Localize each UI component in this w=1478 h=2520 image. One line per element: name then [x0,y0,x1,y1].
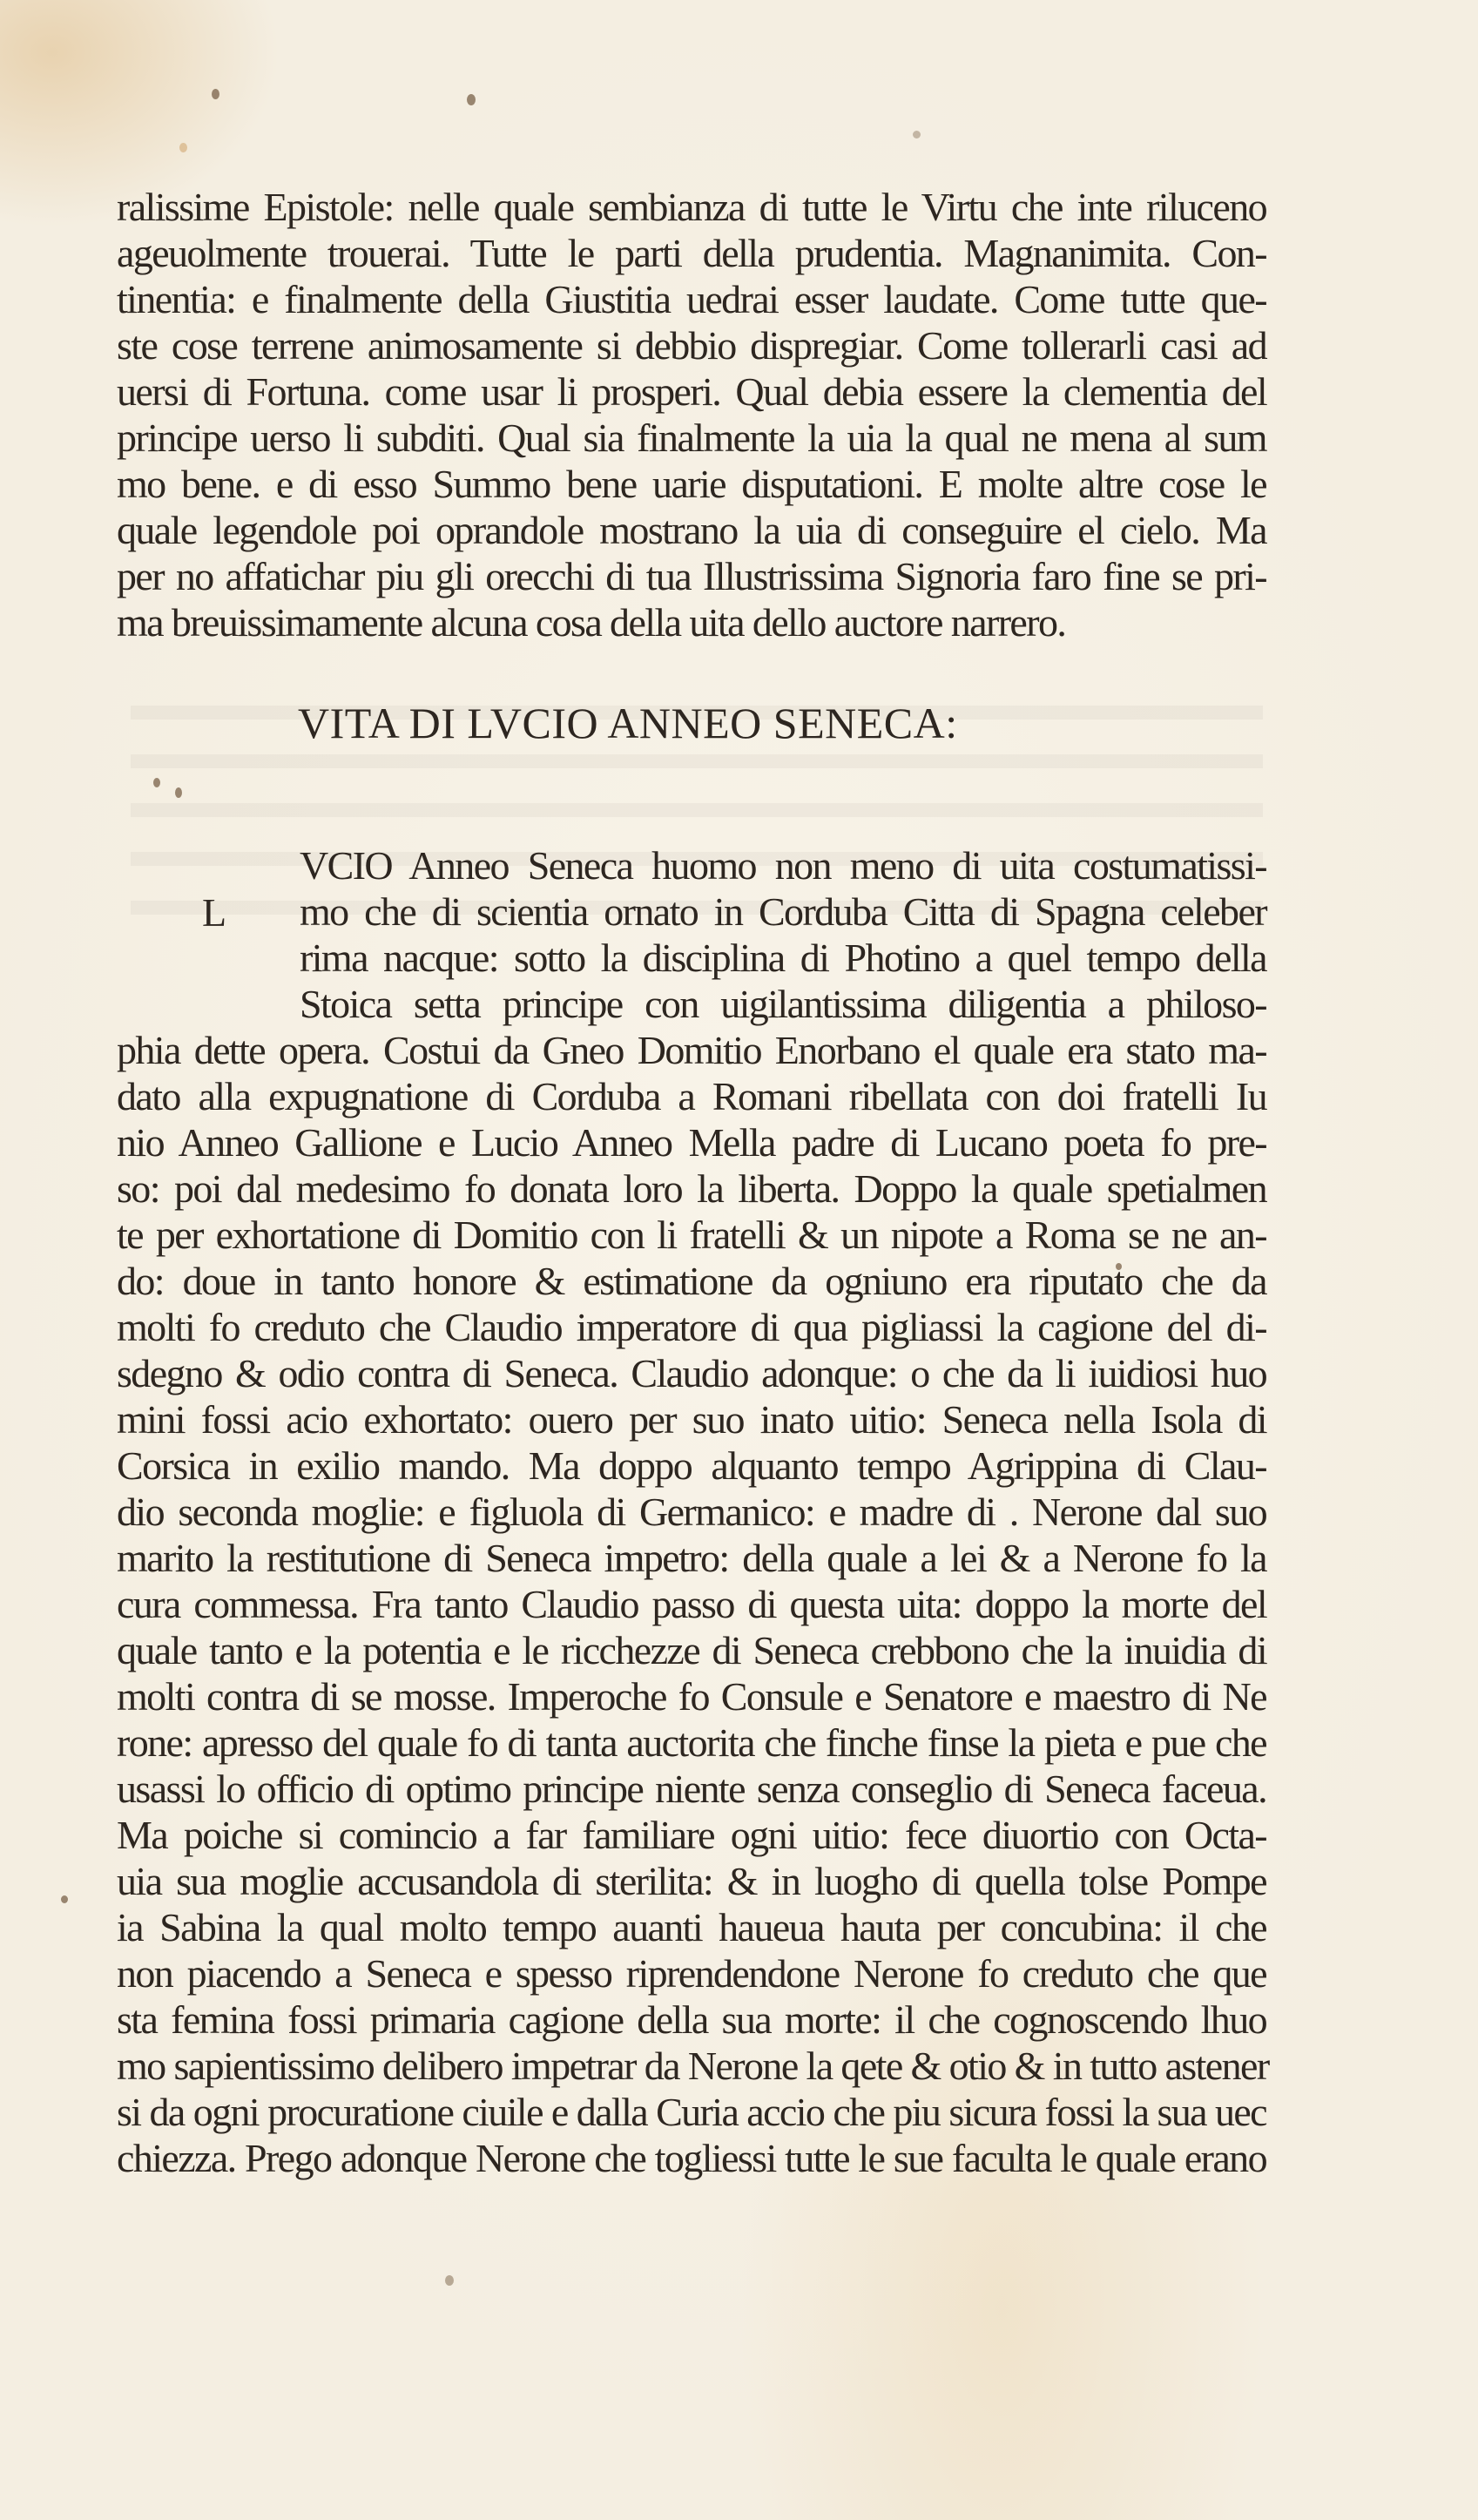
text-line: so: poi dal medesimo fo donata loro la l… [117,1166,1266,1212]
text-line: ia Sabina la qual molto tempo auanti hau… [117,1905,1266,1950]
text-line: rima nacque: sotto la disciplina di Phot… [300,936,1266,981]
text-line: uersi di Fortuna. come usar li prosperi.… [117,369,1266,415]
text-line: sdegno & odio contra di Seneca. Claudio … [117,1351,1266,1396]
text-line: rone: apresso del quale fo di tanta auct… [117,1720,1266,1766]
wormhole-spot [61,1895,68,1903]
text-line: molti fo creduto che Claudio imperatore … [117,1305,1266,1350]
text-line: quale tanto e la potentia e le ricchezze… [117,1628,1266,1673]
text-line: phia dette opera. Costui da Gneo Domitio… [117,1028,1266,1073]
text-line: ma breuissimamente alcuna cosa della uit… [117,600,1266,645]
wormhole-spot [445,2275,454,2286]
text-line: dio seconda moglie: e figluola di German… [117,1490,1266,1535]
text-line: VCIO Anneo Seneca huomo non meno di uita… [300,843,1266,888]
text-line: marito la restitutione di Seneca impetro… [117,1536,1266,1581]
wormhole-spot [212,89,219,99]
text-line: tinentia: e finalmente della Giustitia u… [117,277,1266,322]
text-line: ageuolmente trouerai. Tutte le parti del… [117,231,1266,276]
text-line: dato alla expugnatione di Corduba a Roma… [117,1074,1266,1119]
text-line: Stoica setta principe con uigilantissima… [300,982,1266,1027]
text-line: quale legendole poi oprandole mostrano l… [117,508,1266,553]
text-line: mo bene. e di esso Summo bene uarie disp… [117,462,1266,507]
wormhole-spot [179,143,187,152]
text-line: nio Anneo Gallione e Lucio Anneo Mella p… [117,1120,1266,1165]
text-line: ste cose terrene animosamente si debbio … [117,323,1266,368]
text-line: non piacendo a Seneca e spesso riprenden… [117,1951,1266,1996]
text-line: usassi lo officio di optimo principe nie… [117,1767,1266,1812]
text-line: Ma poiche si comincio a far familiare og… [117,1813,1266,1858]
text-line: mo che di scientia ornato in Corduba Cit… [300,889,1266,935]
book-page: ralissime Epistole: nelle quale sembianz… [0,0,1478,2520]
text-line: cura commessa. Fra tanto Claudio passo d… [117,1582,1266,1627]
text-line: ralissime Epistole: nelle quale sembianz… [117,185,1266,230]
text-line: si da ogni procuratione ciuile e dalla C… [117,2090,1266,2135]
wormhole-spot [467,94,476,105]
text-line: mini fossi acio exhortato: ouero per suo… [117,1397,1266,1442]
section-heading: VITA DI LVCIO ANNEO SENECA: [298,697,958,749]
wormhole-spot [913,131,921,138]
text-line: chiezza. Prego adonque Nerone che toglie… [117,2136,1266,2181]
text-line: sta femina fossi primaria cagione della … [117,1997,1266,2043]
text-line: molti contra di se mosse. Imperoche fo C… [117,1674,1266,1719]
initial-letter: L [202,890,226,936]
text-line: uia sua moglie accusandola di sterilita:… [117,1859,1266,1904]
text-line: do: doue in tanto honore & estimatione d… [117,1259,1266,1304]
text-line: mo sapientissimo delibero impetrar da Ne… [117,2044,1266,2089]
text-line: Corsica in exilio mando. Ma doppo alquan… [117,1443,1266,1489]
text-line: principe uerso li subditi. Qual sia fina… [117,415,1266,461]
text-line: te per exhortatione di Domitio con li fr… [117,1213,1266,1258]
text-line: per no affatichar piu gli orecchi di tua… [117,554,1266,599]
